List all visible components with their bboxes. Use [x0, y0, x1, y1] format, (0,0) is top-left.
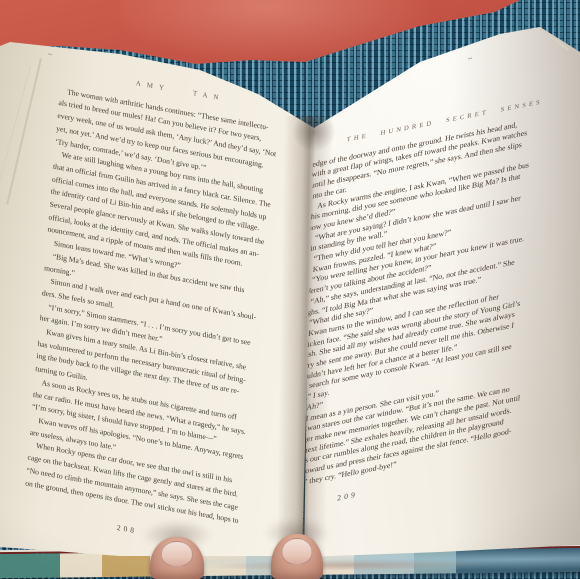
fleuron-ornament-icon: ~ — [47, 50, 53, 60]
page-edge-line — [0, 66, 31, 201]
photo-of-open-book: AMY TAN The woman with arthritic hands c… — [0, 0, 580, 579]
cloth-fold-highlight — [120, 0, 450, 70]
left-page-body: The woman with arthritic hands continues… — [25, 85, 298, 532]
left-page-text-block: AMY TAN The woman with arthritic hands c… — [22, 64, 299, 560]
fingernail — [281, 538, 312, 565]
fingernail — [161, 541, 193, 567]
gutter-top-shadow — [292, 112, 336, 152]
gutter-shadow — [276, 116, 334, 561]
